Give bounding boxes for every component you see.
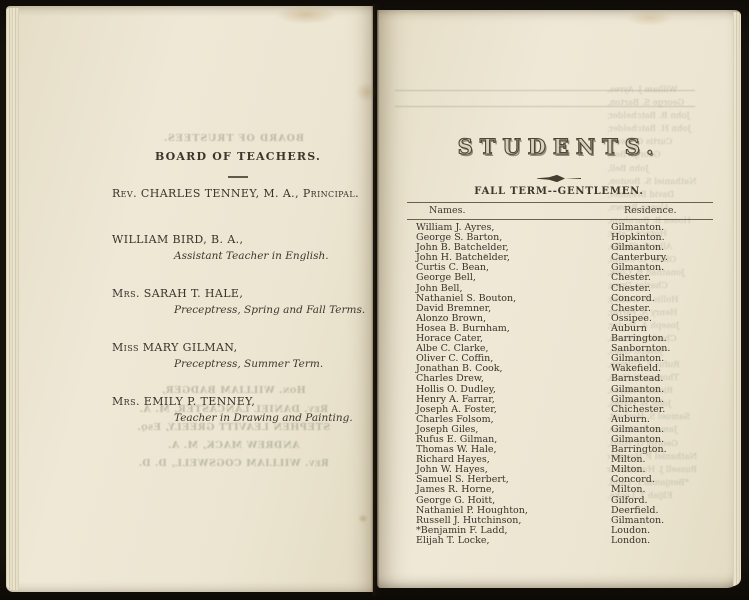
student-name: Elijah T. Locke, (416, 536, 611, 546)
bleedthrough-line: BOARD OF TRUSTEES. (101, 133, 366, 144)
teacher-role: Assistant Teacher in English. (112, 250, 364, 263)
student-row: Elijah T. Locke, London. (407, 536, 713, 546)
paper-stain (276, 6, 336, 24)
students-table-header: Names. Residence. (407, 202, 713, 220)
teacher-list: WILLIAM BIRD, B. A., Assistant Teacher i… (112, 233, 364, 425)
student-residence: London. (611, 536, 713, 546)
tapered-dash-ornament (536, 174, 582, 183)
left-page: BOARD OF TRUSTEES.Hon. WILLIAM BADGER,Re… (6, 6, 373, 592)
student-row: Charles Drew, Barnstead. (407, 374, 713, 384)
right-page: William J. Ayres,George S. Barton,John B… (377, 10, 741, 588)
heading-divider-rule (228, 176, 248, 178)
teacher-name: Mrs. SARAH T. HALE, (112, 287, 364, 300)
teacher-entry: Mrs. SARAH T. HALE, Preceptress, Spring … (112, 287, 364, 317)
board-of-teachers-section: BOARD OF TEACHERS. Rev. CHARLES TENNEY, … (112, 150, 364, 449)
student-residence: Barnstead. (611, 374, 713, 384)
teacher-entry: Mrs. EMILY P. TENNEY, Teacher in Drawing… (112, 395, 364, 425)
bleedthrough-line: William J. Ayres, (607, 84, 697, 97)
heading-ornament (377, 168, 741, 187)
teacher-role: Preceptress, Summer Term. (112, 358, 364, 371)
student-name: Charles Drew, (416, 374, 611, 384)
board-of-teachers-heading: BOARD OF TEACHERS. (112, 150, 364, 163)
bleedthrough-line: Rev. WILLIAM COGSWELL, D. D. (101, 458, 366, 469)
bleedthrough-line: John B. Batchelder, (607, 110, 697, 123)
residence-column-header: Residence. (624, 205, 713, 216)
paper-stain (627, 10, 673, 26)
bleedthrough-line: George S. Barton, (607, 97, 697, 110)
teacher-name: Mrs. EMILY P. TENNEY, (112, 395, 364, 408)
teacher-name: WILLIAM BIRD, B. A., (112, 233, 364, 246)
fall-term-subheading: FALL TERM--GENTLEMEN. (377, 186, 741, 197)
students-heading: STUDENTS. (377, 134, 741, 159)
teacher-entry: Miss MARY GILMAN, Preceptress, Summer Te… (112, 341, 364, 371)
teacher-name: Miss MARY GILMAN, (112, 341, 364, 354)
students-table-body: William J. Ayres, Gilmanton. George S. B… (407, 220, 713, 546)
teacher-role: Preceptress, Spring and Fall Terms. (112, 304, 364, 317)
book-photo: BOARD OF TRUSTEES.Hon. WILLIAM BADGER,Re… (0, 0, 749, 600)
left-page-fore-edge (6, 8, 19, 590)
book-gutter-shadow (371, 4, 379, 596)
students-table: Names. Residence. William J. Ayres, Gilm… (407, 202, 713, 546)
teacher-entry: WILLIAM BIRD, B. A., Assistant Teacher i… (112, 233, 364, 263)
teacher-role: Teacher in Drawing and Painting. (112, 412, 364, 425)
paper-stain (358, 514, 368, 523)
names-column-header: Names. (416, 205, 624, 216)
principal-entry: Rev. CHARLES TENNEY, M. A., Principal. (112, 187, 364, 200)
right-page-fore-edge (733, 12, 741, 586)
